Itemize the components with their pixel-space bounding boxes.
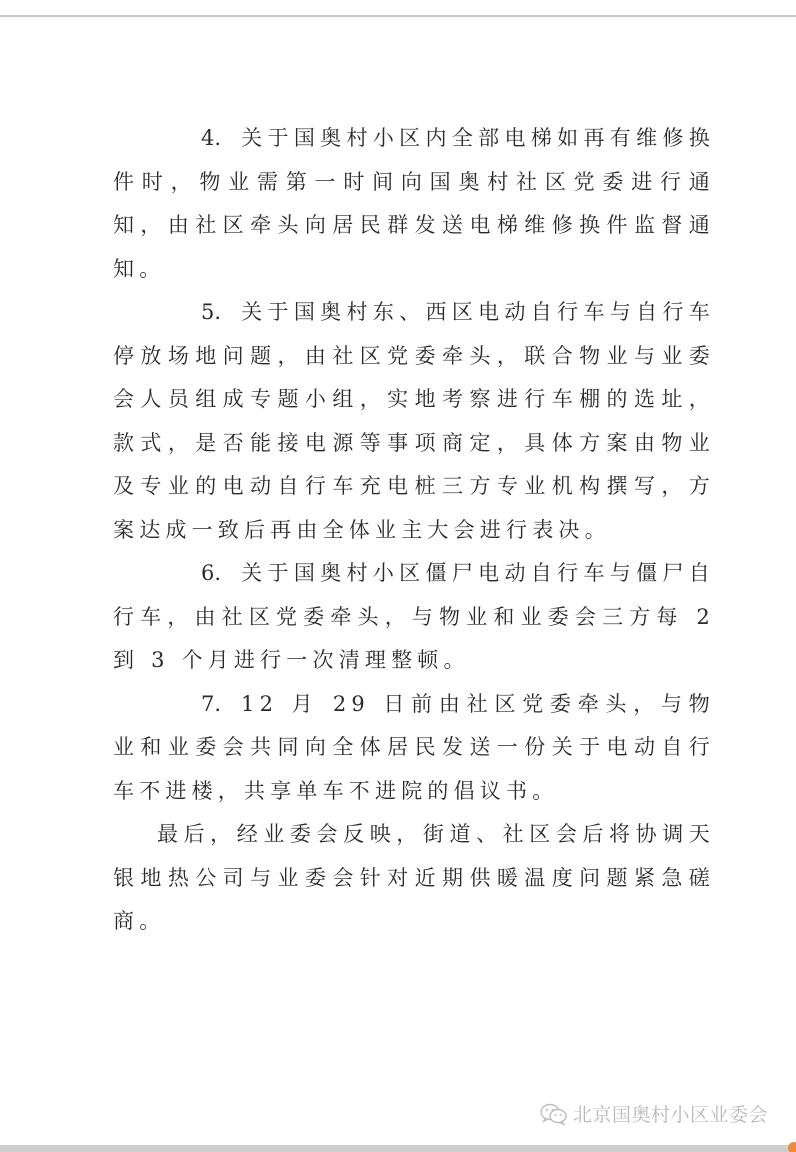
item-number: 7. (157, 683, 221, 727)
scroll-indicator-dot (788, 1142, 796, 1152)
item-number: 4. (157, 117, 221, 161)
watermark-text: 北京国奥村小区业委会 (573, 1100, 768, 1127)
item-number: 5. (157, 291, 221, 335)
paragraph-item-6: 6.关于国奥村小区僵尸电动自行车与僵尸自行车，由社区党委牵头，与物业和业委会三方… (113, 552, 715, 683)
document-page: 4.关于国奥村小区内全部电梯如再有维修换件时，物业需第一时间向国奥村社区党委进行… (113, 117, 715, 944)
top-divider (0, 15, 796, 17)
paragraph-item-7: 7.12 月 29 日前由社区党委牵头，与物业和业委会共同向全体居民发送一份关于… (113, 683, 715, 814)
paragraph-item-5: 5.关于国奥村东、西区电动自行车与自行车停放场地问题，由社区党委牵头，联合物业与… (113, 291, 715, 552)
watermark: 北京国奥村小区业委会 (539, 1100, 768, 1127)
wechat-icon (539, 1102, 569, 1126)
paragraph-text: 关于国奥村东、西区电动自行车与自行车停放场地问题，由社区党委牵头，联合物业与业委… (113, 300, 715, 542)
paragraph-item-4: 4.关于国奥村小区内全部电梯如再有维修换件时，物业需第一时间向国奥村社区党委进行… (113, 117, 715, 291)
bottom-bar (0, 1145, 796, 1152)
paragraph-closing: 最后，经业委会反映，街道、社区会后将协调天银地热公司与业委会针对近期供暖温度问题… (113, 813, 715, 944)
item-number: 6. (157, 552, 221, 596)
paragraph-text: 最后，经业委会反映，街道、社区会后将协调天银地热公司与业委会针对近期供暖温度问题… (113, 822, 715, 933)
